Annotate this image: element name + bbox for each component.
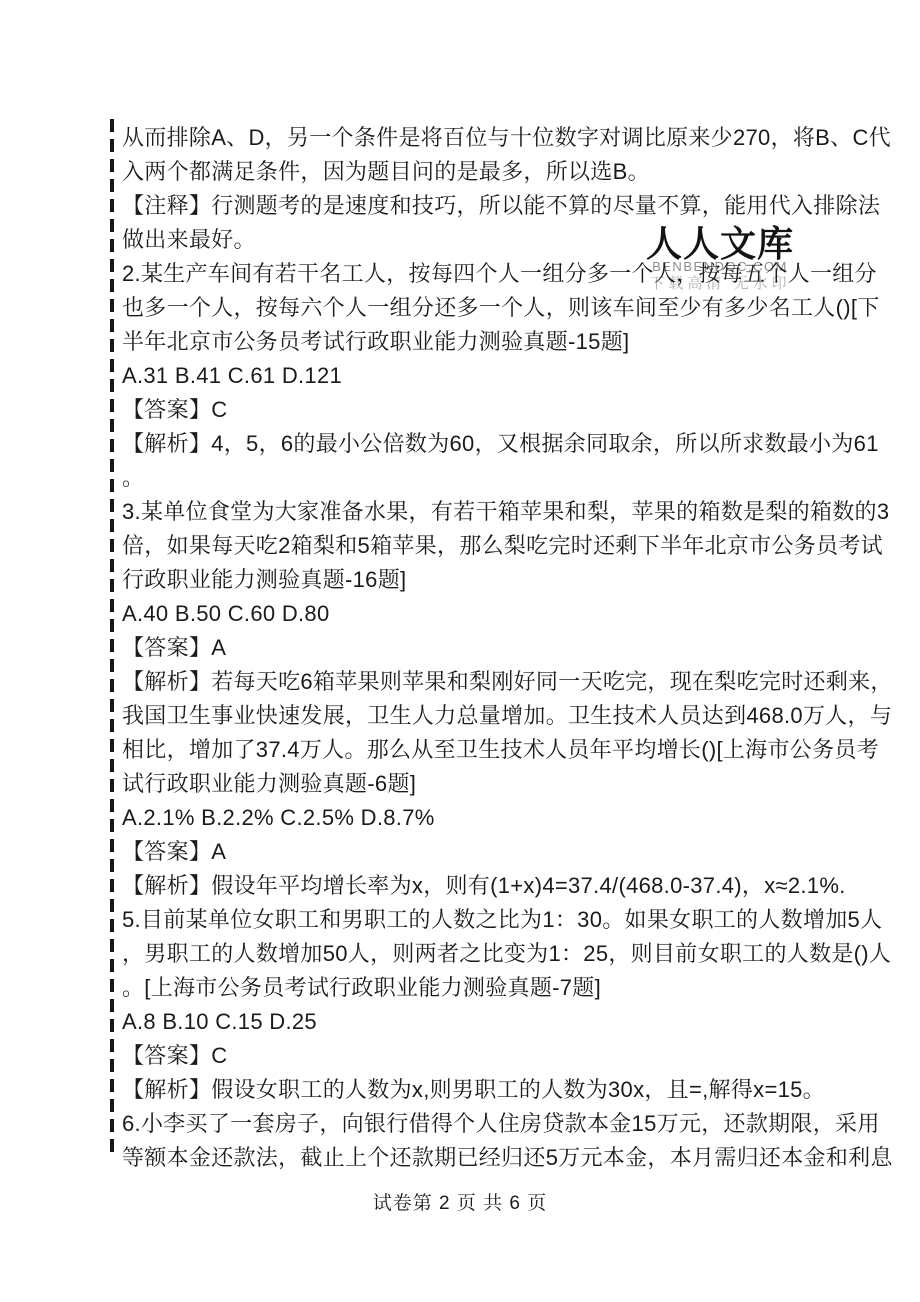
text-line: 【解析】4，5，6的最小公倍数为60，又根据余同取余，所以所求数最小为61	[122, 427, 822, 461]
text-line: 我国卫生事业快速发展，卫生人力总量增加。卫生技术人员达到468.0万人，与	[122, 699, 822, 733]
text-line: A.2.1% B.2.2% C.2.5% D.8.7%	[122, 801, 822, 835]
text-line: 入两个都满足条件，因为题目问的是最多，所以选B。	[122, 155, 822, 189]
text-line: 。	[122, 461, 822, 495]
text-line: 【解析】假设女职工的人数为x,则男职工的人数为30x，且=,解得x=15。	[122, 1073, 822, 1107]
text-line: 半年北京市公务员考试行政职业能力测验真题-15题]	[122, 325, 822, 359]
page-footer: 试卷第 2 页 共 6 页	[0, 1188, 920, 1215]
text-line: 等额本金还款法，截止上个还款期已经归还5万元本金，本月需归还本金和利息	[122, 1141, 822, 1175]
text-line: 【解析】若每天吃6箱苹果则苹果和梨刚好同一天吃完，现在梨吃完时还剩来，	[122, 665, 822, 699]
text-line: 2.某生产车间有若干名工人，按每四个人一组分多一个人，按每五个人一组分	[122, 257, 822, 291]
text-line: 【答案】C	[122, 1039, 822, 1073]
text-line: A.8 B.10 C.15 D.25	[122, 1005, 822, 1039]
text-line: 【解析】假设年平均增长率为x，则有(1+x)4=37.4/(468.0-37.4…	[122, 869, 822, 903]
text-line: 【注释】行测题考的是速度和技巧，所以能不算的尽量不算，能用代入排除法	[122, 189, 822, 223]
text-line: A.40 B.50 C.60 D.80	[122, 597, 822, 631]
text-line: 【答案】A	[122, 835, 822, 869]
text-line: 相比，增加了37.4万人。那么从至卫生技术人员年平均增长()[上海市公务员考	[122, 733, 822, 767]
text-line: A.31 B.41 C.61 D.121	[122, 359, 822, 393]
text-line: 倍，如果每天吃2箱梨和5箱苹果，那么梨吃完时还剩下半年北京市公务员考试	[122, 529, 822, 563]
text-line: 3.某单位食堂为大家准备水果，有若干箱苹果和梨，苹果的箱数是梨的箱数的3	[122, 495, 822, 529]
document-body: 从而排除A、D，另一个条件是将百位与十位数字对调比原来少270，将B、C代入两个…	[122, 121, 822, 1175]
text-line: ，男职工的人数增加50人，则两者之比变为1：25，则目前女职工的人数是()人	[122, 937, 822, 971]
text-line: 从而排除A、D，另一个条件是将百位与十位数字对调比原来少270，将B、C代	[122, 121, 822, 155]
text-line: 【答案】A	[122, 631, 822, 665]
text-line: 做出来最好。	[122, 223, 822, 257]
text-line: 【答案】C	[122, 393, 822, 427]
text-line: 6.小李买了一套房子，向银行借得个人住房贷款本金15万元，还款期限，采用	[122, 1107, 822, 1141]
text-line: 5.目前某单位女职工和男职工的人数之比为1：30。如果女职工的人数增加5人	[122, 903, 822, 937]
text-line: 试行政职业能力测验真题-6题]	[122, 767, 822, 801]
document-page: 人人文库 BENBENDOC.COM 下载高清 无水印 从而排除A、D，另一个条…	[0, 0, 920, 1302]
text-line: 。[上海市公务员考试行政职业能力测验真题-7题]	[122, 971, 822, 1005]
text-line: 也多一个人，按每六个人一组分还多一个人，则该车间至少有多少名工人()[下	[122, 291, 822, 325]
left-dashed-page-edge	[110, 119, 114, 1153]
text-line: 行政职业能力测验真题-16题]	[122, 563, 822, 597]
